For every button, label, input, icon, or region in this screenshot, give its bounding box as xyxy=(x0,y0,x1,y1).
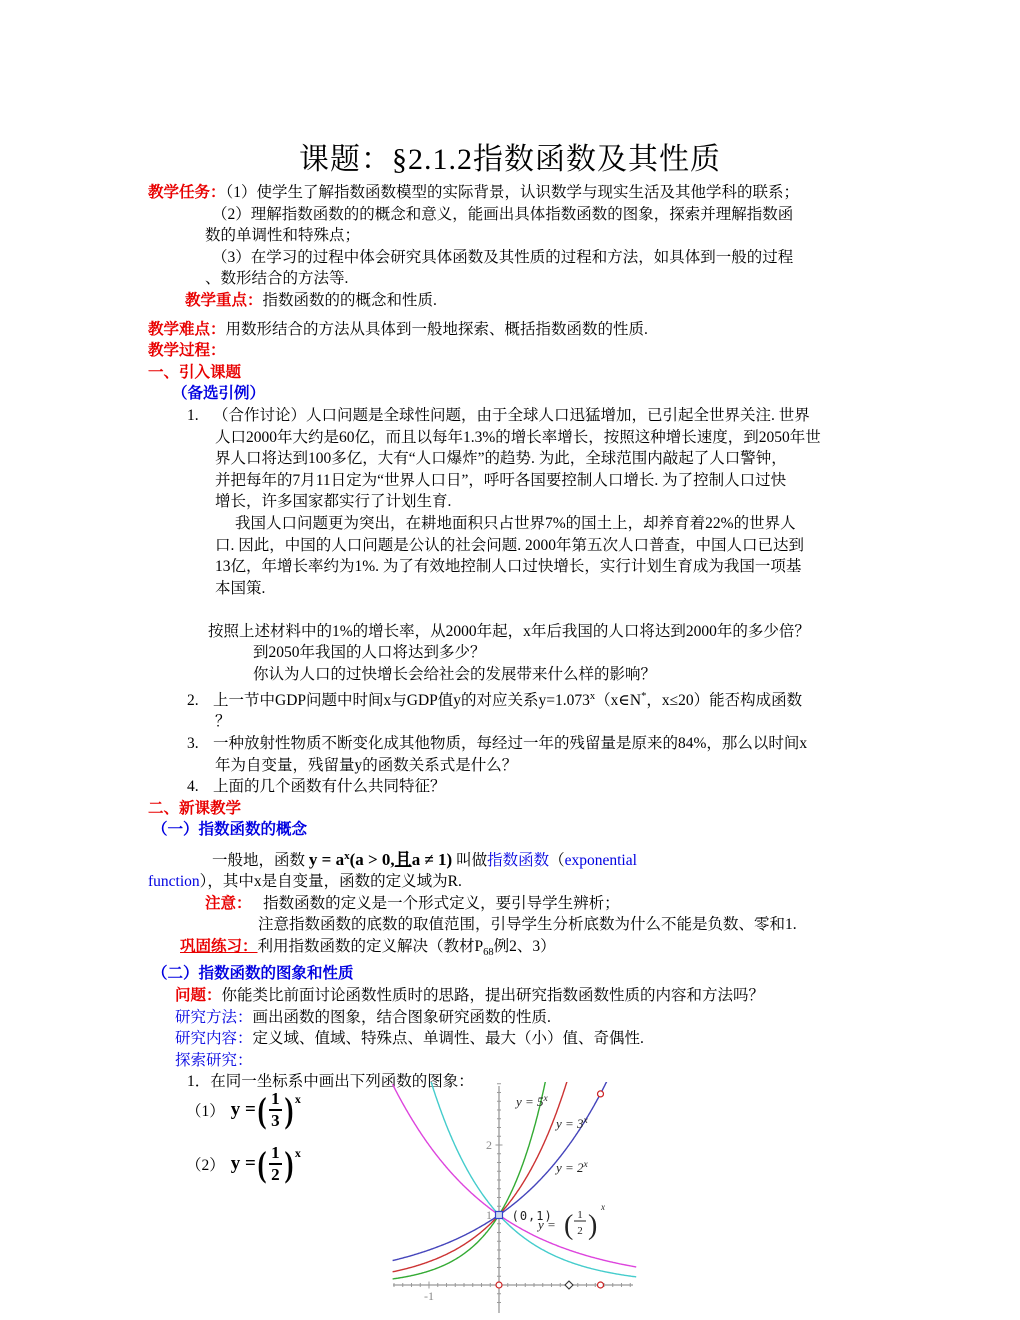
page-title: 课题：§2.1.2指数函数及其性质 xyxy=(0,134,1020,178)
text-run: function xyxy=(148,873,200,890)
right-paren: ) xyxy=(284,1146,293,1182)
text-run: 定义域、值域、特殊点、单调性、最大（小）值、奇偶性. xyxy=(253,1030,644,1047)
doc-line: 注意指数函数的底数的取值范围，引导学生分析底数为什么不能是负数、零和1. xyxy=(0,914,1020,936)
point-annotation: (0,1) xyxy=(512,1209,553,1223)
doc-line: 年为自变量，残留量y的函数关系式是什么？ xyxy=(0,755,1020,777)
text-run: 画出函数的图象，结合图象研究函数的性质. xyxy=(253,1009,551,1026)
doc-line: 注意： 指数函数的定义是一个形式定义，要引导学生辨析； xyxy=(0,893,1020,915)
point-marker-circle xyxy=(496,1282,502,1288)
text-run: 探索研究： xyxy=(175,1052,253,1069)
curve-label: y = 5x xyxy=(514,1094,549,1109)
doc-line: ？ xyxy=(0,711,1020,733)
fraction-lparen: ( xyxy=(564,1210,573,1241)
formula-2-lead: y = xyxy=(231,1153,256,1175)
doc-line: 并把每年的7月11日定为“世界人口日”，呼吁各国要控制人口增长. 为了控制人口过… xyxy=(0,470,1020,492)
doc-line: 按照上述材料中的1%的增长率，从2000年起，x年后我国的人口将达到2000年的… xyxy=(0,621,1020,643)
right-paren: ) xyxy=(284,1092,293,1128)
doc-line: 本国策. xyxy=(0,578,1020,600)
doc-line: 我国人口问题更为突出，在耕地面积只占世界7%的国土上，却养育着22%的世界人 xyxy=(0,513,1020,535)
curve-label: y = 2x xyxy=(554,1160,589,1175)
doc-line: 研究方法：画出函数的图象，结合图象研究函数的性质. xyxy=(0,1007,1020,1029)
doc-line: function），其中x是自变量，函数的定义域为R. xyxy=(0,871,1020,893)
point-marker-circle xyxy=(598,1282,604,1288)
numerator: 1 xyxy=(271,1090,280,1108)
exponent: x xyxy=(295,1146,301,1161)
text-run: 教学任务： xyxy=(148,184,226,201)
text-run: 口. 因此，中国的人口问题是公认的社会问题. 2000年第五次人口普查，中国人口… xyxy=(215,537,804,554)
doc-line: 二、新课教学 xyxy=(0,798,1020,820)
text-run: （二）指数函数的图象和性质 xyxy=(152,965,354,982)
doc-line: 问题：你能类比前面讨论函数性质时的思路，提出研究指数函数性质的内容和方法吗？ xyxy=(0,985,1020,1007)
doc-line: （一）指数函数的概念 xyxy=(0,819,1020,841)
left-paren: ( xyxy=(257,1092,266,1128)
doc-line: 到2050年我国的人口将达到多少？ xyxy=(0,642,1020,664)
text-run: a ≠ 1) xyxy=(412,850,453,869)
text-run: 上一节中GDP问题中时间x与GDP值y的对应关系y=1.073 xyxy=(213,692,590,709)
doc-line: 一般地，函数 y = ax(a > 0,且a ≠ 1) 叫做指数函数（expon… xyxy=(0,841,1020,871)
text-run: 2. xyxy=(187,690,213,712)
doc-line xyxy=(0,599,1020,621)
text-run: 且 xyxy=(395,850,412,869)
y-axis-label: 2 xyxy=(486,1138,492,1152)
text-run: 68 xyxy=(483,947,494,958)
fraction: 13 xyxy=(269,1090,282,1130)
text-run: 教学难点： xyxy=(148,321,226,338)
doc-line: （备选引例） xyxy=(0,383,1020,405)
text-run: 指数函数 xyxy=(487,852,549,869)
text-run: （ xyxy=(549,852,565,869)
text-run: 按照上述材料中的1%的增长率，从2000年起，x年后我国的人口将达到2000年的… xyxy=(208,623,810,640)
text-run: 注意指数函数的底数的取值范围，引导学生分析底数为什么不能是负数、零和1. xyxy=(258,916,797,933)
formula-1-label: （1） xyxy=(186,1099,225,1121)
denominator: 2 xyxy=(271,1166,280,1184)
doc-line: 教学过程： xyxy=(0,340,1020,362)
doc-line: 界人口将达到100多亿，大有“人口爆炸”的趋势. 为此，全球范围内敲起了人口警钟… xyxy=(0,448,1020,470)
x-axis-label: -1 xyxy=(424,1289,434,1303)
doc-line: 、数形结合的方法等. xyxy=(0,268,1020,290)
text-run: 1. xyxy=(187,405,213,427)
fraction: 12 xyxy=(269,1144,282,1184)
text-run: 教学过程： xyxy=(148,342,226,359)
text-run: 本国策. xyxy=(215,580,265,597)
doc-line: 教学重点：指数函数的的概念和性质. xyxy=(0,290,1020,312)
text-run: 人口2000年大约是60亿，而且以每年1.3%的增长率增长，按照这种增长速度，到… xyxy=(215,429,821,446)
fraction-num: 1 xyxy=(577,1209,583,1221)
text-run: 一种放射性物质不断变化成其他物质，每经过一年的残留量是原来的84%，那么以时间x xyxy=(213,735,807,752)
text-run: (a > 0, xyxy=(350,850,395,869)
text-run: 巩固练习： xyxy=(180,938,258,955)
doc-line: 13亿，年增长率约为1%. 为了有效地控制人口过快增长，实行计划生育成为我国一项… xyxy=(0,556,1020,578)
text-run: 4. xyxy=(187,776,213,798)
denominator: 3 xyxy=(271,1112,280,1130)
text-run: 教学重点： xyxy=(185,292,263,309)
text-run: 问题： xyxy=(175,987,222,1004)
doc-line: （二）指数函数的图象和性质 xyxy=(0,963,1020,985)
document-body: 教学任务：（1）使学生了解指数函数模型的实际背景，认识数学与现实生活及其他学科的… xyxy=(0,182,1020,1093)
text-run: 利用指数函数的定义解决（教材P xyxy=(258,938,484,955)
text-run: y = a xyxy=(309,850,344,869)
doc-line: （3）在学习的过程中体会研究具体函数及其性质的过程和方法，如具体到一般的过程 xyxy=(0,247,1020,269)
text-run: （合作讨论）人口问题是全球性问题，由于全球人口迅猛增加，已引起全世界关注. 世界 xyxy=(213,407,810,424)
curve-y=3^x xyxy=(393,1082,567,1272)
text-run: exponential xyxy=(565,852,637,869)
text-run: 研究内容： xyxy=(175,1030,253,1047)
left-paren: ( xyxy=(257,1146,266,1182)
text-run: 界人口将达到100多亿，大有“人口爆炸”的趋势. 为此，全球范围内敲起了人口警钟… xyxy=(215,450,787,467)
doc-line: 1.（合作讨论）人口问题是全球性问题，由于全球人口迅猛增加，已引起全世界关注. … xyxy=(0,405,1020,427)
text-run: 例2、3） xyxy=(494,938,556,955)
point-marker-square xyxy=(496,1212,503,1219)
text-run: 你能类比前面讨论函数性质时的思路，提出研究指数函数性质的内容和方法吗？ xyxy=(222,987,765,1004)
text-run: 3. xyxy=(187,733,213,755)
formula-1-lead: y = xyxy=(231,1099,256,1121)
exponent: x xyxy=(295,1092,301,1107)
fraction-rparen: ) xyxy=(588,1210,597,1241)
doc-line: 你认为人口的过快增长会给社会的发展带来什么样的影响？ xyxy=(0,664,1020,686)
text-run: ？ xyxy=(215,713,231,730)
doc-line: 研究内容：定义域、值域、特殊点、单调性、最大（小）值、奇偶性. xyxy=(0,1028,1020,1050)
doc-line: 4.上面的几个函数有什么共同特征？ xyxy=(0,776,1020,798)
text-run: 上面的几个函数有什么共同特征？ xyxy=(213,778,446,795)
text-run: 叫做 xyxy=(452,852,487,869)
point-marker-circle xyxy=(598,1091,604,1097)
doc-line: 人口2000年大约是60亿，而且以每年1.3%的增长率增长，按照这种增长速度，到… xyxy=(0,427,1020,449)
text-run: 数的单调性和特殊点； xyxy=(205,227,360,244)
text-run: （2）理解指数函数的的概念和意义，能画出具体指数函数的图象，探索并理解指数函 xyxy=(212,206,793,223)
text-run: （1）使学生了解指数函数模型的实际背景，认识数学与现实生活及其他学科的联系； xyxy=(226,184,800,201)
numerator: 1 xyxy=(271,1144,280,1162)
fraction-den: 2 xyxy=(577,1225,583,1237)
curve-y=(1/3)^x xyxy=(430,1082,636,1277)
text-run: 指数函数的定义是一个形式定义，要引导学生辨析； xyxy=(244,895,620,912)
fraction-exp: x xyxy=(600,1202,605,1212)
doc-line: （2）理解指数函数的的概念和意义，能画出具体指数函数的图象，探索并理解指数函 xyxy=(0,204,1020,226)
text-run: （3）在学习的过程中体会研究具体函数及其性质的过程和方法，如具体到一般的过程 xyxy=(212,249,793,266)
text-run: （一）指数函数的概念 xyxy=(152,821,307,838)
graph-svg: 21-1y = 5xy = 3xy = 2xy =(12)x(0,1) xyxy=(390,1082,645,1320)
doc-line: 教学难点：用数形结合的方法从具体到一般地探索、概括指数函数的性质. xyxy=(0,319,1020,341)
text-run: 一般地，函数 xyxy=(212,852,309,869)
text-run: 注意： xyxy=(205,895,244,912)
text-run: 到2050年我国的人口将达到多少？ xyxy=(253,644,486,661)
point-marker-diamond xyxy=(565,1281,573,1289)
formula-2-label: （2） xyxy=(186,1153,225,1175)
text-run: 我国人口问题更为突出，在耕地面积只占世界7%的国土上，却养育着22%的世界人 xyxy=(235,515,796,532)
text-run: 、数形结合的方法等. xyxy=(205,270,348,287)
text-run: 13亿，年增长率约为1%. 为了有效地控制人口过快增长，实行计划生育成为我国一项… xyxy=(215,558,801,575)
text-run: 年为自变量，残留量y的函数关系式是什么？ xyxy=(215,757,517,774)
doc-line: 教学任务：（1）使学生了解指数函数模型的实际背景，认识数学与现实生活及其他学科的… xyxy=(0,182,1020,204)
function-graph: 21-1y = 5xy = 3xy = 2xy =(12)x(0,1) xyxy=(390,1082,645,1320)
curve-y=5^x xyxy=(393,1082,546,1279)
curve-label: y = 3x xyxy=(554,1116,589,1131)
text-run: 你认为人口的过快增长会给社会的发展带来什么样的影响？ xyxy=(253,666,656,683)
doc-line: 2.上一节中GDP问题中时间x与GDP值y的对应关系y=1.073x（x∈N*，… xyxy=(0,686,1020,712)
text-run: ），其中x是自变量，函数的定义域为R. xyxy=(200,873,462,890)
doc-line: 数的单调性和特殊点； xyxy=(0,225,1020,247)
lesson-plan-page: 课题：§2.1.2指数函数及其性质 教学任务：（1）使学生了解指数函数模型的实际… xyxy=(0,0,1020,1320)
doc-line: 增长，许多国家都实行了计划生育. xyxy=(0,491,1020,513)
text-run: 研究方法： xyxy=(175,1009,253,1026)
doc-line: 口. 因此，中国的人口问题是公认的社会问题. 2000年第五次人口普查，中国人口… xyxy=(0,535,1020,557)
text-run: 用数形结合的方法从具体到一般地探索、概括指数函数的性质. xyxy=(226,321,648,338)
text-run: 一、引入课题 xyxy=(148,364,241,381)
doc-line: 探索研究： xyxy=(0,1050,1020,1072)
text-run: 二、新课教学 xyxy=(148,800,241,817)
text-run: 并把每年的7月11日定为“世界人口日”，呼吁各国要控制人口增长. 为了控制人口过… xyxy=(215,472,786,489)
text-run: （x∈N xyxy=(595,692,641,709)
example-formula-1: （1） y = ( 13 ) x xyxy=(186,1090,301,1130)
curve-y=(1/2)^x xyxy=(393,1084,637,1267)
doc-line: 巩固练习：利用指数函数的定义解决（教材P68例2、3） xyxy=(0,936,1020,964)
doc-line: 一、引入课题 xyxy=(0,362,1020,384)
doc-line: 3.一种放射性物质不断变化成其他物质，每经过一年的残留量是原来的84%，那么以时… xyxy=(0,733,1020,755)
text-run: 指数函数的的概念和性质. xyxy=(263,292,437,309)
text-run: 增长，许多国家都实行了计划生育. xyxy=(215,493,451,510)
example-formula-2: （2） y = ( 12 ) x xyxy=(186,1144,301,1184)
text-run: ，x≤20）能否构成函数 xyxy=(646,692,802,709)
text-run: （备选引例） xyxy=(172,385,265,402)
